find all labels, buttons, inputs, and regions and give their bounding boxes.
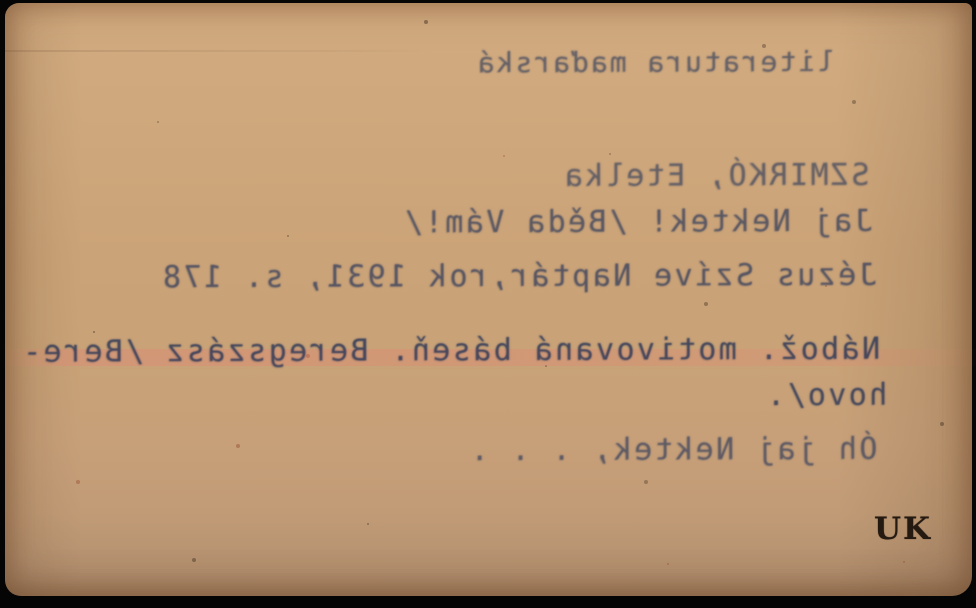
uk-stamp: UK bbox=[874, 511, 932, 547]
card-incipit-line: Óh jaj Nektek, . . . bbox=[468, 432, 877, 469]
card-source-line: Jézus Szíve Naptár,rok 1931, s. 178 bbox=[161, 258, 877, 296]
card-heading-line: literatura maďarská bbox=[476, 44, 834, 81]
card-note-line-2: hovo/. bbox=[764, 378, 887, 414]
card-title-line: Jaj Nektek! /Běda Vám!/ bbox=[402, 204, 873, 242]
card-author-line: SZMIRKÓ, Etelka bbox=[563, 158, 870, 195]
catalog-card: literatura maďarská SZMIRKÓ, Etelka Jaj … bbox=[5, 3, 972, 596]
card-note-line-1: Nábož. motivovaná báseň. Beregszász /Ber… bbox=[21, 332, 881, 371]
mirrored-text-layer: literatura maďarská SZMIRKÓ, Etelka Jaj … bbox=[4, 1, 976, 608]
